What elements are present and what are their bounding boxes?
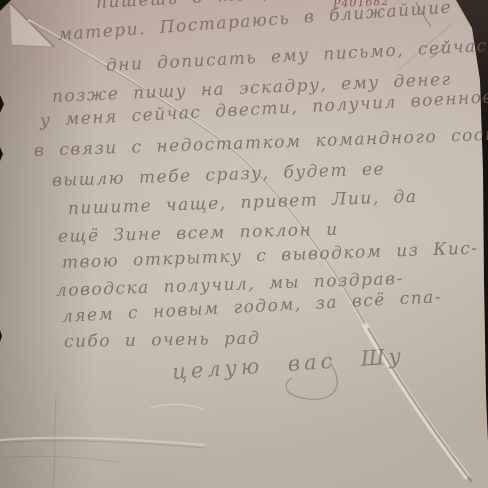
- paper-shape: [0, 0, 488, 488]
- photograph-of-handwritten-letter: пишешь о том, чтобы я выслал ско- матери…: [0, 0, 488, 488]
- paper-sheet-graphic: [0, 0, 488, 488]
